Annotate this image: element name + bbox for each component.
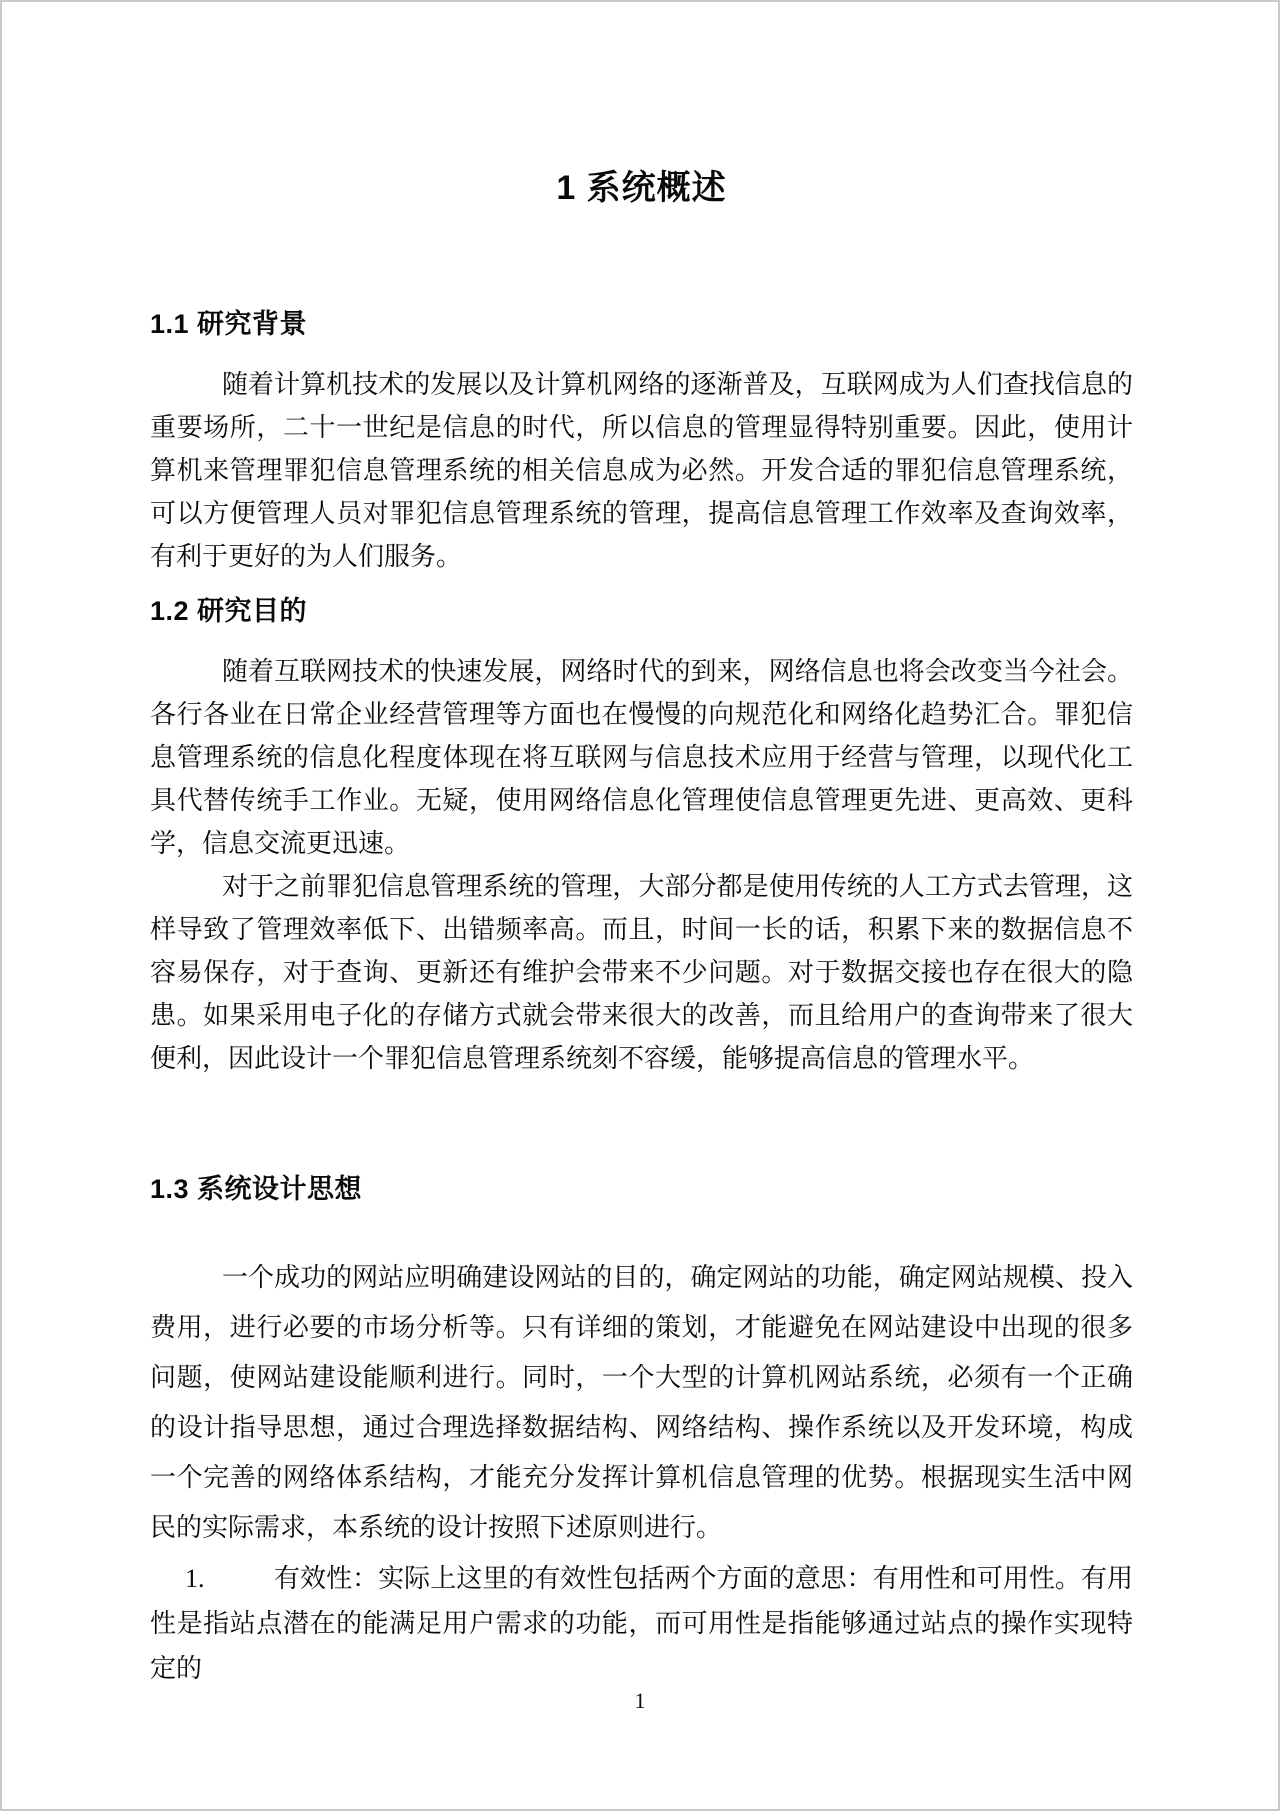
document-title: 1 系统概述: [150, 166, 1133, 210]
list-item-marker: 1.: [185, 1556, 274, 1601]
document-content: 1 系统概述 1.1 研究背景 随着计算机技术的发展以及计算机网络的逐渐普及，互…: [150, 2, 1133, 1691]
list-item-text: 有效性：实际上这里的有效性包括两个方面的意思：有用性和可用性。有用性是指站点潜在…: [150, 1564, 1133, 1683]
paragraph: 一个成功的网站应明确建设网站的目的，确定网站的功能，确定网站规模、投入费用，进行…: [150, 1253, 1133, 1553]
section-heading-1-2: 1.2 研究目的: [150, 594, 1133, 628]
numbered-list-item: 1.有效性：实际上这里的有效性包括两个方面的意思：有用性和可用性。有用性是指站点…: [150, 1556, 1133, 1691]
section-heading-1-1: 1.1 研究背景: [150, 307, 1133, 341]
paragraph: 随着计算机技术的发展以及计算机网络的逐渐普及，互联网成为人们查找信息的重要场所，…: [150, 363, 1133, 578]
paragraph: 随着互联网技术的快速发展，网络时代的到来，网络信息也将会改变当今社会。各行各业在…: [150, 650, 1133, 865]
paragraph: 对于之前罪犯信息管理系统的管理，大部分都是使用传统的人工方式去管理，这样导致了管…: [150, 865, 1133, 1080]
section-heading-1-3: 1.3 系统设计思想: [150, 1172, 1133, 1206]
page-number: 1: [2, 1688, 1278, 1714]
document-page: 1 系统概述 1.1 研究背景 随着计算机技术的发展以及计算机网络的逐渐普及，互…: [0, 0, 1280, 1811]
